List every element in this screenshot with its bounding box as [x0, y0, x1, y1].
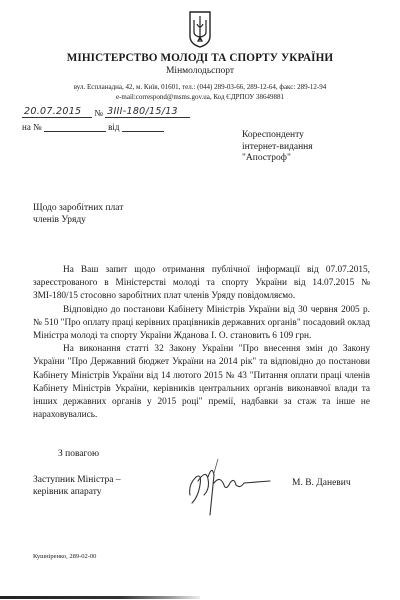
addressee-line: інтернет-видання: [242, 142, 313, 154]
ministry-short-name: Мінмолодьспорт: [0, 66, 400, 76]
address-line: вул. Еспланадна, 42, м. Київ, 01601, тел…: [0, 82, 400, 92]
body-paragraph: На Ваш запит щодо отримання публічної ін…: [33, 264, 370, 304]
executor-contact: Кушніренко, 289-02-00: [33, 553, 96, 560]
regards: З повагою: [58, 449, 99, 459]
reply-to-number-field: [44, 119, 106, 132]
body-paragraph: На виконання статті 32 Закону України "П…: [33, 343, 370, 422]
addressee-line: Кореспонденту: [242, 130, 313, 142]
email-line: e-mail:correspond@msms.gov.ua, Код ЄДРПО…: [0, 92, 400, 102]
subject-line: Щодо заробітних плат: [33, 202, 123, 214]
subject-line: членів Уряду: [33, 214, 123, 226]
outgoing-number: 3ІІІ-180/15/13: [107, 106, 178, 117]
outgoing-date-field: 20.07.2015: [22, 105, 92, 118]
position-line: Заступник Міністра –: [33, 475, 121, 487]
outgoing-number-field: 3ІІІ-180/15/13: [105, 105, 190, 118]
number-label: №: [94, 108, 103, 118]
handwritten-signature-icon: [178, 455, 278, 525]
addressee: Кореспонденту інтернет-видання "Апостроф…: [242, 130, 313, 165]
scan-edge-line: [0, 596, 200, 599]
from-label: від: [108, 122, 119, 132]
ministry-name: МІНІСТЕРСТВО МОЛОДІ ТА СПОРТУ УКРАЇНИ: [0, 52, 400, 64]
outgoing-date: 20.07.2015: [24, 106, 81, 117]
addressee-line: "Апостроф": [242, 153, 313, 165]
position-line: керівник апарату: [33, 487, 121, 499]
reply-to-date-field: [122, 119, 164, 132]
reply-to-label: на №: [22, 122, 42, 132]
signer-name: М. В. Даневич: [292, 478, 351, 488]
letter-body: На Ваш запит щодо отримання публічної ін…: [33, 264, 370, 422]
subject: Щодо заробітних плат членів Уряду: [33, 202, 123, 226]
trident-coat-of-arms-icon: [188, 10, 212, 48]
contact-info: вул. Еспланадна, 42, м. Київ, 01601, тел…: [0, 82, 400, 102]
signer-position: Заступник Міністра – керівник апарату: [33, 475, 121, 498]
body-paragraph: Відповідно до постанови Кабінету Міністр…: [33, 304, 370, 344]
registration-block: 20.07.2015 № 3ІІІ-180/15/13 на № від: [22, 105, 190, 133]
